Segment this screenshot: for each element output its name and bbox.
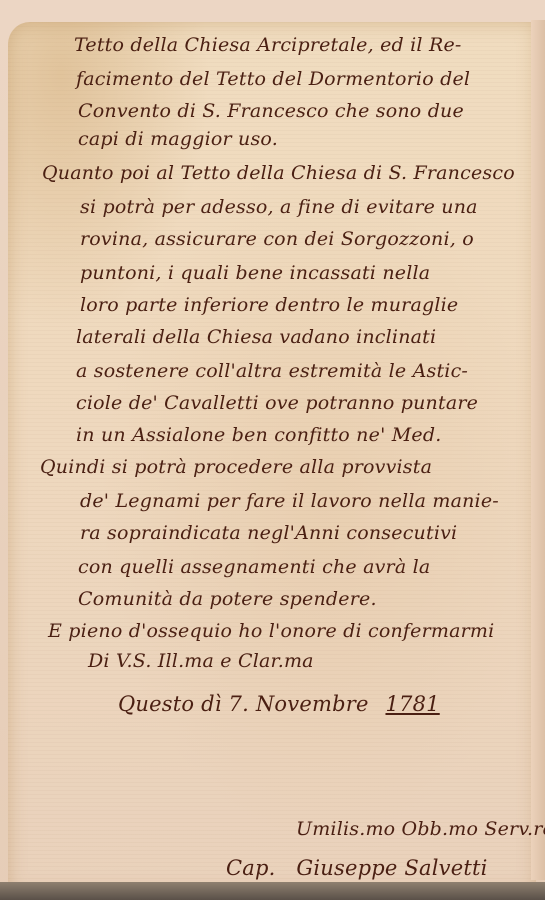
manuscript-line-13: in un Assialone ben confitto ne' Med. [76, 424, 441, 446]
manuscript-line-1: Tetto della Chiesa Arcipretale, ed il Re… [74, 34, 462, 56]
manuscript-line-10: laterali della Chiesa vadano inclinati [76, 326, 436, 348]
manuscript-line-6: si potrà per adesso, a fine di evitare u… [80, 196, 478, 218]
manuscript-line-16: ra sopraindicata negl'Anni consecutivi [80, 522, 457, 544]
manuscript-line-12: ciole de' Cavalletti ove potranno puntar… [76, 392, 478, 414]
manuscript-line-2: facimento del Tetto del Dormentorio del [76, 68, 470, 90]
manuscript-line-18: Comunità da potere spendere. [78, 588, 377, 610]
manuscript-line-4: capi di maggior uso. [78, 128, 278, 150]
manuscript-line-17: con quelli assegnamenti che avrà la [78, 556, 430, 578]
manuscript-line-15: de' Legnami per fare il lavoro nella man… [80, 490, 499, 512]
signature-formula: Umilis.mo Obb.mo Serv.re [296, 818, 545, 840]
closing-place-date: Questo dì 7. Novembre [118, 692, 369, 716]
signature-prefix: Cap. [226, 856, 276, 880]
manuscript-line-20: Di V.S. Ill.ma e Clar.ma [88, 650, 314, 672]
manuscript-line-5: Quanto poi al Tetto della Chiesa di S. F… [42, 162, 515, 184]
manuscript-line-19: E pieno d'ossequio ho l'onore di conferm… [48, 620, 494, 642]
closing-date: Questo dì 7. Novembre 1781 [118, 692, 440, 716]
manuscript-text: Tetto della Chiesa Arcipretale, ed il Re… [0, 0, 545, 900]
signature-name: Giuseppe Salvetti [296, 856, 487, 880]
signature-line: Cap. Giuseppe Salvetti [226, 856, 488, 880]
manuscript-line-3: Convento di S. Francesco che sono due [78, 100, 464, 122]
manuscript-line-14: Quindi si potrà procedere alla provvista [40, 456, 432, 478]
closing-year: 1781 [385, 692, 439, 716]
manuscript-line-9: loro parte inferiore dentro le muraglie [80, 294, 458, 316]
manuscript-line-7: rovina, assicurare con dei Sorgozzoni, o [80, 228, 474, 250]
manuscript-line-11: a sostenere coll'altra estremità le Asti… [76, 360, 468, 382]
manuscript-line-8: puntoni, i quali bene incassati nella [80, 262, 430, 284]
